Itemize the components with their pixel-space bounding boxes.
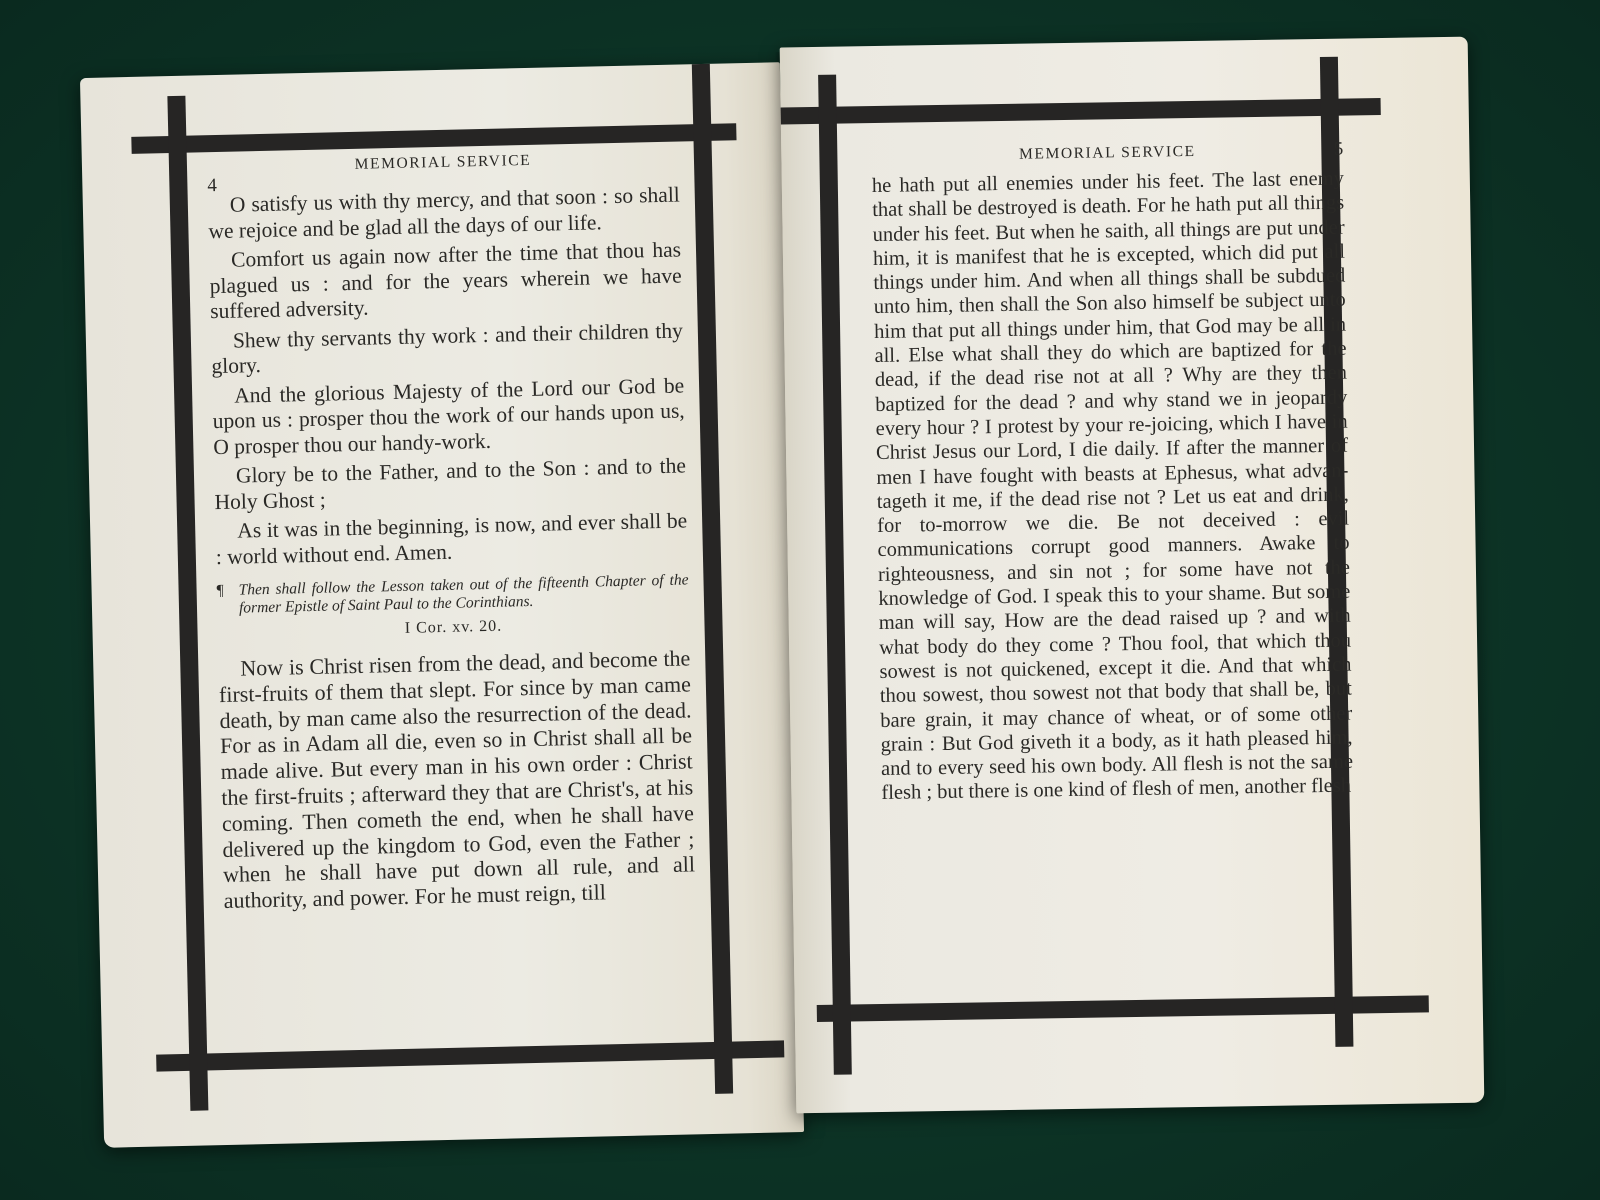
border-left-bar	[818, 75, 852, 1075]
gloria-verse: Glory be to the Father, and to the Son :…	[214, 453, 687, 515]
rubric-text: Then shall follow the Lesson taken out o…	[238, 571, 688, 616]
border-right-bar	[692, 64, 733, 1094]
gloria-verse: As it was in the beginning, is now, and …	[215, 508, 688, 570]
psalm-verse: Comfort us again now after the time that…	[209, 237, 683, 324]
psalm-verse: Shew thy servants thy work : and their c…	[211, 318, 684, 380]
pilcrow-icon: ¶	[216, 582, 238, 600]
page-number: 4	[207, 175, 217, 197]
running-head-title: MEMORIAL SERVICE	[207, 149, 679, 178]
running-head-title: MEMORIAL SERVICE	[871, 141, 1343, 166]
lesson-text: Now is Christ risen from the dead, and b…	[218, 645, 696, 914]
left-page-content: MEMORIAL SERVICE 4 O satisfy us with thy…	[207, 145, 696, 918]
rubric-instruction: ¶Then shall follow the Lesson taken out …	[216, 571, 689, 618]
border-top-bar	[781, 98, 1381, 124]
right-page: MEMORIAL SERVICE 5 he hath put all enemi…	[780, 37, 1485, 1114]
page-number: 5	[1334, 139, 1344, 161]
right-page-content: MEMORIAL SERVICE 5 he hath put all enemi…	[871, 137, 1353, 810]
border-left-bar	[167, 96, 208, 1111]
scripture-citation: I Cor. xv. 20.	[217, 613, 689, 642]
psalm-verse: And the glorious Majesty of the Lord our…	[212, 373, 686, 460]
left-page: MEMORIAL SERVICE 4 O satisfy us with thy…	[80, 62, 804, 1148]
lesson-text-continued: he hath put all enemies under his feet. …	[872, 167, 1354, 806]
border-bottom-bar	[156, 1040, 784, 1071]
psalm-verse: O satisfy us with thy mercy, and that so…	[208, 183, 681, 245]
